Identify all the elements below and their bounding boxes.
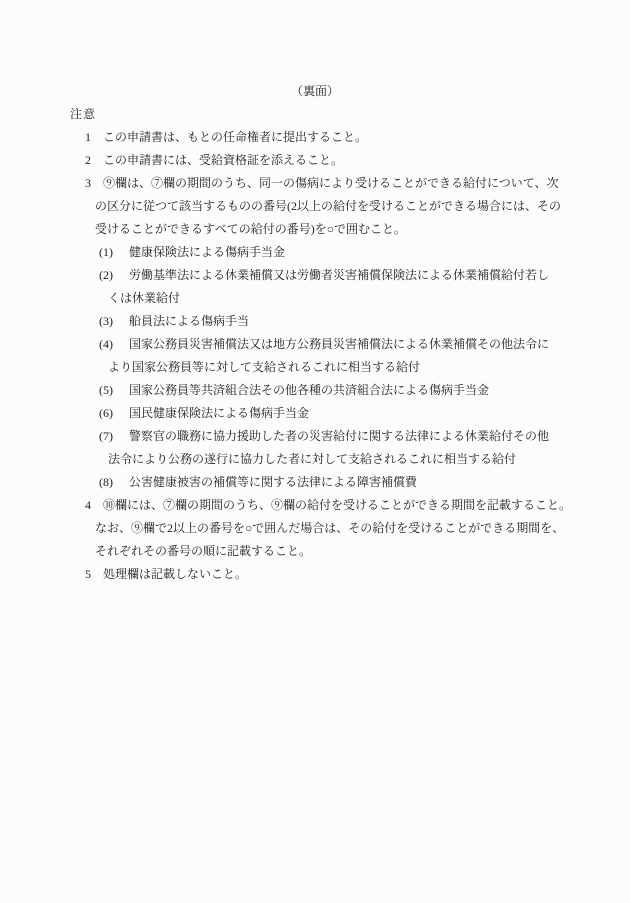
note-item-1: 1この申請書は、もとの任命権者に提出すること。 (70, 126, 610, 149)
backside-label: （裏面） (0, 80, 630, 103)
note-item-4-text: ⑩欄には、⑦欄の期間のうち、⑨欄の給付を受けることができる期間を記載すること。 (103, 498, 571, 512)
note-item-3-cont-text: の区分に従つて該当するものの番号(2以上の給付を受けることができる場合には、その (95, 199, 561, 213)
note-subitem-text: 船員法による傷病手当 (129, 314, 249, 328)
note-subitem-text: 国家公務員等共済組合法その他各種の共済組合法による傷病手当金 (129, 383, 489, 397)
note-subitem-cont: くは休業給付 (70, 287, 610, 310)
note-item-2-number: 2 (85, 149, 103, 172)
note-subitem: (3)船員法による傷病手当 (70, 310, 610, 333)
note-item-5-text: 処理欄は記載しないこと。 (103, 567, 247, 581)
note-item-3-number: 3 (85, 172, 103, 195)
note-subitem-text: 労働基準法による休業補償又は労働者災害補償保険法による休業補償給付若し (129, 268, 549, 282)
note-subitem-text: 国家公務員災害補償法又は地方公務員災害補償法による休業補償その他法令に (129, 337, 549, 351)
note-subitem-number: (4) (99, 333, 129, 356)
note-subitem-cont-text: 法令により公務の遂行に協力した者に対して支給されるこれに相当する給付 (108, 452, 516, 466)
note-subitem-text: 国民健康保険法による傷病手当金 (129, 406, 309, 420)
note-item-2-text: この申請書には、受給資格証を添えること。 (103, 153, 343, 167)
note-item-3-cont-text: 受けることができるすべての給付の番号)を○で囲むこと。 (95, 222, 406, 236)
note-item-3-text: ⑨欄は、⑦欄の期間のうち、同一の傷病により受けることができる給付について、次 (103, 176, 559, 190)
note-item-3-cont: の区分に従つて該当するものの番号(2以上の給付を受けることができる場合には、その (70, 195, 610, 218)
note-item-4: 4⑩欄には、⑦欄の期間のうち、⑨欄の給付を受けることができる期間を記載すること。 (70, 494, 610, 517)
note-item-1-text: この申請書は、もとの任命権者に提出すること。 (103, 130, 367, 144)
note-subitem: (2)労働基準法による休業補償又は労働者災害補償保険法による休業補償給付若し (70, 264, 610, 287)
note-subitem: (8)公害健康被害の補償等に関する法律による障害補償費 (70, 471, 610, 494)
note-item-5: 5処理欄は記載しないこと。 (70, 563, 610, 586)
note-subitem: (1)健康保険法による傷病手当金 (70, 241, 610, 264)
note-subitem-number: (5) (99, 379, 129, 402)
note-subitem: (6)国民健康保険法による傷病手当金 (70, 402, 610, 425)
note-subitem: (7)警察官の職務に協力援助した者の災害給付に関する法律による休業給付その他 (70, 425, 610, 448)
note-item-4-number: 4 (85, 494, 103, 517)
note-item-4-cont: それぞれその番号の順に記載すること。 (70, 540, 610, 563)
note-subitem-number: (1) (99, 241, 129, 264)
note-subitem-cont: 法令により公務の遂行に協力した者に対して支給されるこれに相当する給付 (70, 448, 610, 471)
notes-list: 1この申請書は、もとの任命権者に提出すること。2この申請書には、受給資格証を添え… (70, 126, 610, 586)
note-item-4-cont: なお、⑨欄で2以上の番号を○で囲んだ場合は、その給付を受けることができる期間を、 (70, 517, 610, 540)
note-subitem-text: 警察官の職務に協力援助した者の災害給付に関する法律による休業給付その他 (129, 429, 549, 443)
note-item-3-cont: 受けることができるすべての給付の番号)を○で囲むこと。 (70, 218, 610, 241)
note-item-1-number: 1 (85, 126, 103, 149)
note-item-4-cont-text: なお、⑨欄で2以上の番号を○で囲んだ場合は、その給付を受けることができる期間を、 (95, 521, 564, 535)
note-subitem-text: 健康保険法による傷病手当金 (129, 245, 285, 259)
document-page: （裏面） 注意 1この申請書は、もとの任命権者に提出すること。2この申請書には、… (0, 0, 630, 903)
note-subitem-cont-text: くは休業給付 (108, 291, 180, 305)
note-item-2: 2この申請書には、受給資格証を添えること。 (70, 149, 610, 172)
note-subitem-text: 公害健康被害の補償等に関する法律による障害補償費 (129, 475, 417, 489)
note-subitem-cont-text: より国家公務員等に対して支給されるこれに相当する給付 (108, 360, 420, 374)
note-subitem-number: (3) (99, 310, 129, 333)
note-item-5-number: 5 (85, 563, 103, 586)
note-subitem-number: (7) (99, 425, 129, 448)
note-subitem: (4)国家公務員災害補償法又は地方公務員災害補償法による休業補償その他法令に (70, 333, 610, 356)
notes-heading: 注意 (70, 103, 96, 126)
note-subitem-cont: より国家公務員等に対して支給されるこれに相当する給付 (70, 356, 610, 379)
note-item-4-cont-text: それぞれその番号の順に記載すること。 (95, 544, 311, 558)
note-subitem-number: (6) (99, 402, 129, 425)
note-subitem-number: (2) (99, 264, 129, 287)
note-subitem-number: (8) (99, 471, 129, 494)
note-subitem: (5)国家公務員等共済組合法その他各種の共済組合法による傷病手当金 (70, 379, 610, 402)
note-item-3: 3⑨欄は、⑦欄の期間のうち、同一の傷病により受けることができる給付について、次 (70, 172, 610, 195)
